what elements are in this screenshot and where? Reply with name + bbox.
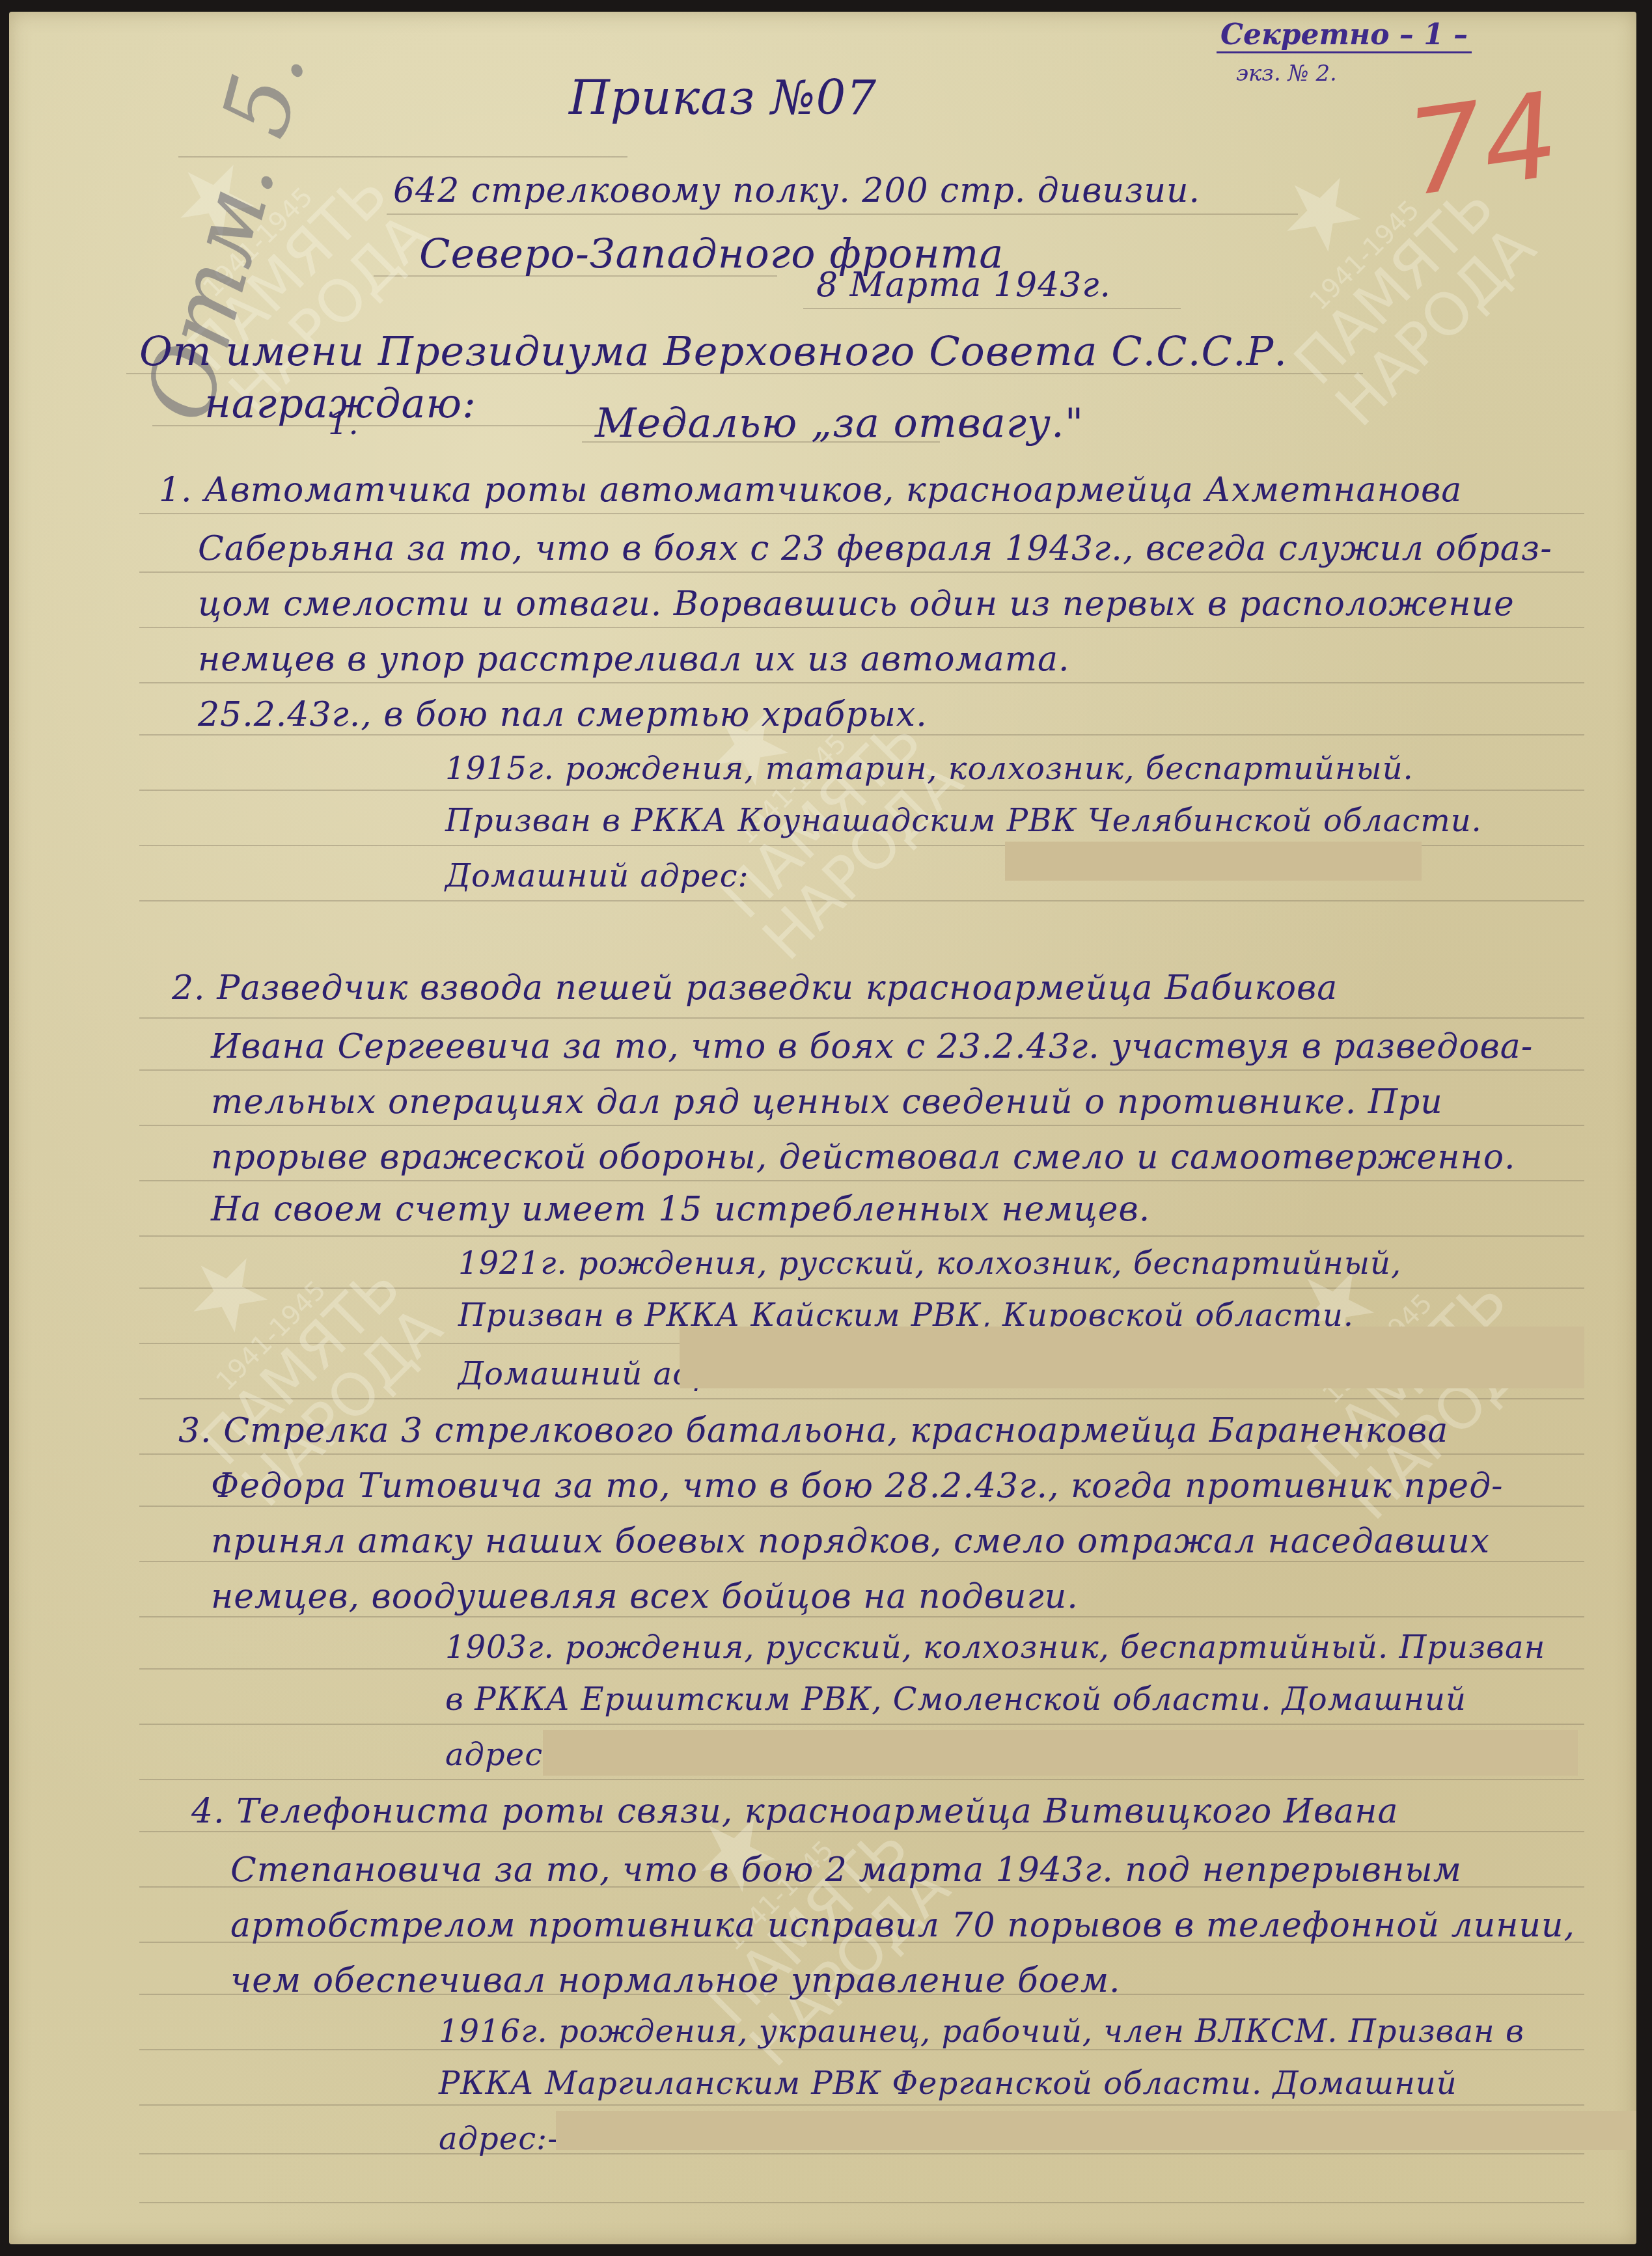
bio-line: 1915г. рождения, татарин, колхозник, бес… [445,750,1414,787]
ruled-line [139,1561,1584,1562]
ruled-line [139,900,1584,901]
ruled-line [139,1668,1584,1670]
entry-line: 1. Автоматчика роты автоматчиков, красно… [159,471,1462,510]
home-address-label: Домашний адрес: [445,858,749,894]
award-section-number: 1. [328,406,359,442]
ruled-line [139,1453,1584,1455]
bio-line: Призван в РККА Коунашадским РВК Челябинс… [445,803,1482,839]
redacted-address [556,2111,1636,2150]
ruled-line [387,213,1298,215]
entry-line: артобстрелом противника исправил 70 поры… [230,1906,1575,1945]
redacted-address [543,1730,1578,1776]
entry-line: тельных операциях дал ряд ценных сведени… [211,1082,1443,1121]
entry-line: 25.2.43г., в бою пал смертью храбрых. [198,695,928,734]
red-pencil-mark: 74 [1400,67,1567,223]
entry-line: На своем счету имеет 15 истребленных нем… [211,1190,1150,1229]
date-line: 8 Марта 1943г. [816,266,1111,305]
bio-line: 1916г. рождения, украинец, рабочий, член… [439,2013,1524,2050]
entry-line: Степановича за то, что в бою 2 марта 194… [230,1850,1462,1890]
entry-line: немцев в упор расстреливал их из автомат… [198,640,1070,679]
medal-name: Медалью „за отвагу." [595,399,1084,447]
bio-line: в РККА Ершитским РВК, Смоленской области… [445,1681,1466,1718]
ruled-line [139,1125,1584,1126]
ruled-line [803,308,1181,309]
ruled-line [139,2202,1584,2203]
ruled-line [139,2153,1584,2154]
ruled-line [139,1235,1584,1237]
ruled-line [139,790,1584,791]
ruled-line [139,682,1584,683]
redacted-address [680,1327,1584,1388]
entry-line: немцев, воодушевляя всех бойцов на подви… [211,1577,1079,1616]
ruled-line [139,1017,1584,1019]
ruled-line [139,1180,1584,1181]
entry-line: 4. Телефониста роты связи, красноармейца… [191,1792,1399,1831]
entry-line: Ивана Сергеевича за то, что в боях с 23.… [211,1027,1533,1066]
document-page: ★ 1941-1945 ПАМЯТЬ НАРОДА ★ 1941-1945 ПА… [9,12,1636,2244]
ruled-line [139,571,1584,573]
redacted-address [1005,842,1422,881]
preamble: От имени Президиума Верховного Совета С.… [139,327,1287,375]
ruled-line [139,1779,1584,1780]
bio-line: 1903г. рождения, русский, колхозник, бес… [445,1629,1545,1666]
ruled-line [139,734,1584,736]
entry-line: Саберьяна за то, что в боях с 23 февраля… [198,529,1552,568]
ruled-line [139,1724,1584,1725]
entry-line: чем обеспечивал нормальное управление бо… [230,1961,1121,2000]
home-address-label: адрес:- [439,2121,558,2157]
entry-line: 2. Разведчик взвода пешей разведки красн… [172,969,1338,1008]
ruled-line [139,1398,1584,1399]
ruled-line [139,1831,1584,1832]
entry-line: прорыве вражеской обороны, действовал см… [211,1138,1516,1177]
ruled-line [139,627,1584,628]
ruled-line [139,1069,1584,1071]
ruled-line [139,513,1584,514]
bio-line: РККА Маргиланским РВК Ферганской области… [439,2065,1457,2102]
ruled-line [139,1616,1584,1617]
copy-number-stamp: экз. № 2. [1236,61,1337,87]
secret-stamp: Секретно – 1 – [1217,18,1472,53]
order-title: Приказ №07 [569,70,877,125]
unit-line: 642 стрелковому полку. 200 стр. дивизии. [393,171,1200,210]
entry-line: принял атаку наших боевых порядков, смел… [211,1522,1490,1561]
bio-line: 1921г. рождения, русский, колхозник, бес… [458,1245,1401,1282]
ruled-line [139,1506,1584,1507]
entry-line: Федора Титовича за то, что в бою 28.2.43… [211,1466,1504,1506]
entry-line: цом смелости и отваги. Ворвавшись один и… [198,585,1515,624]
entry-line: 3. Стрелка 3 стрелкового батальона, крас… [178,1411,1448,1450]
ruled-line [139,1287,1584,1289]
ruled-line [139,2104,1584,2106]
